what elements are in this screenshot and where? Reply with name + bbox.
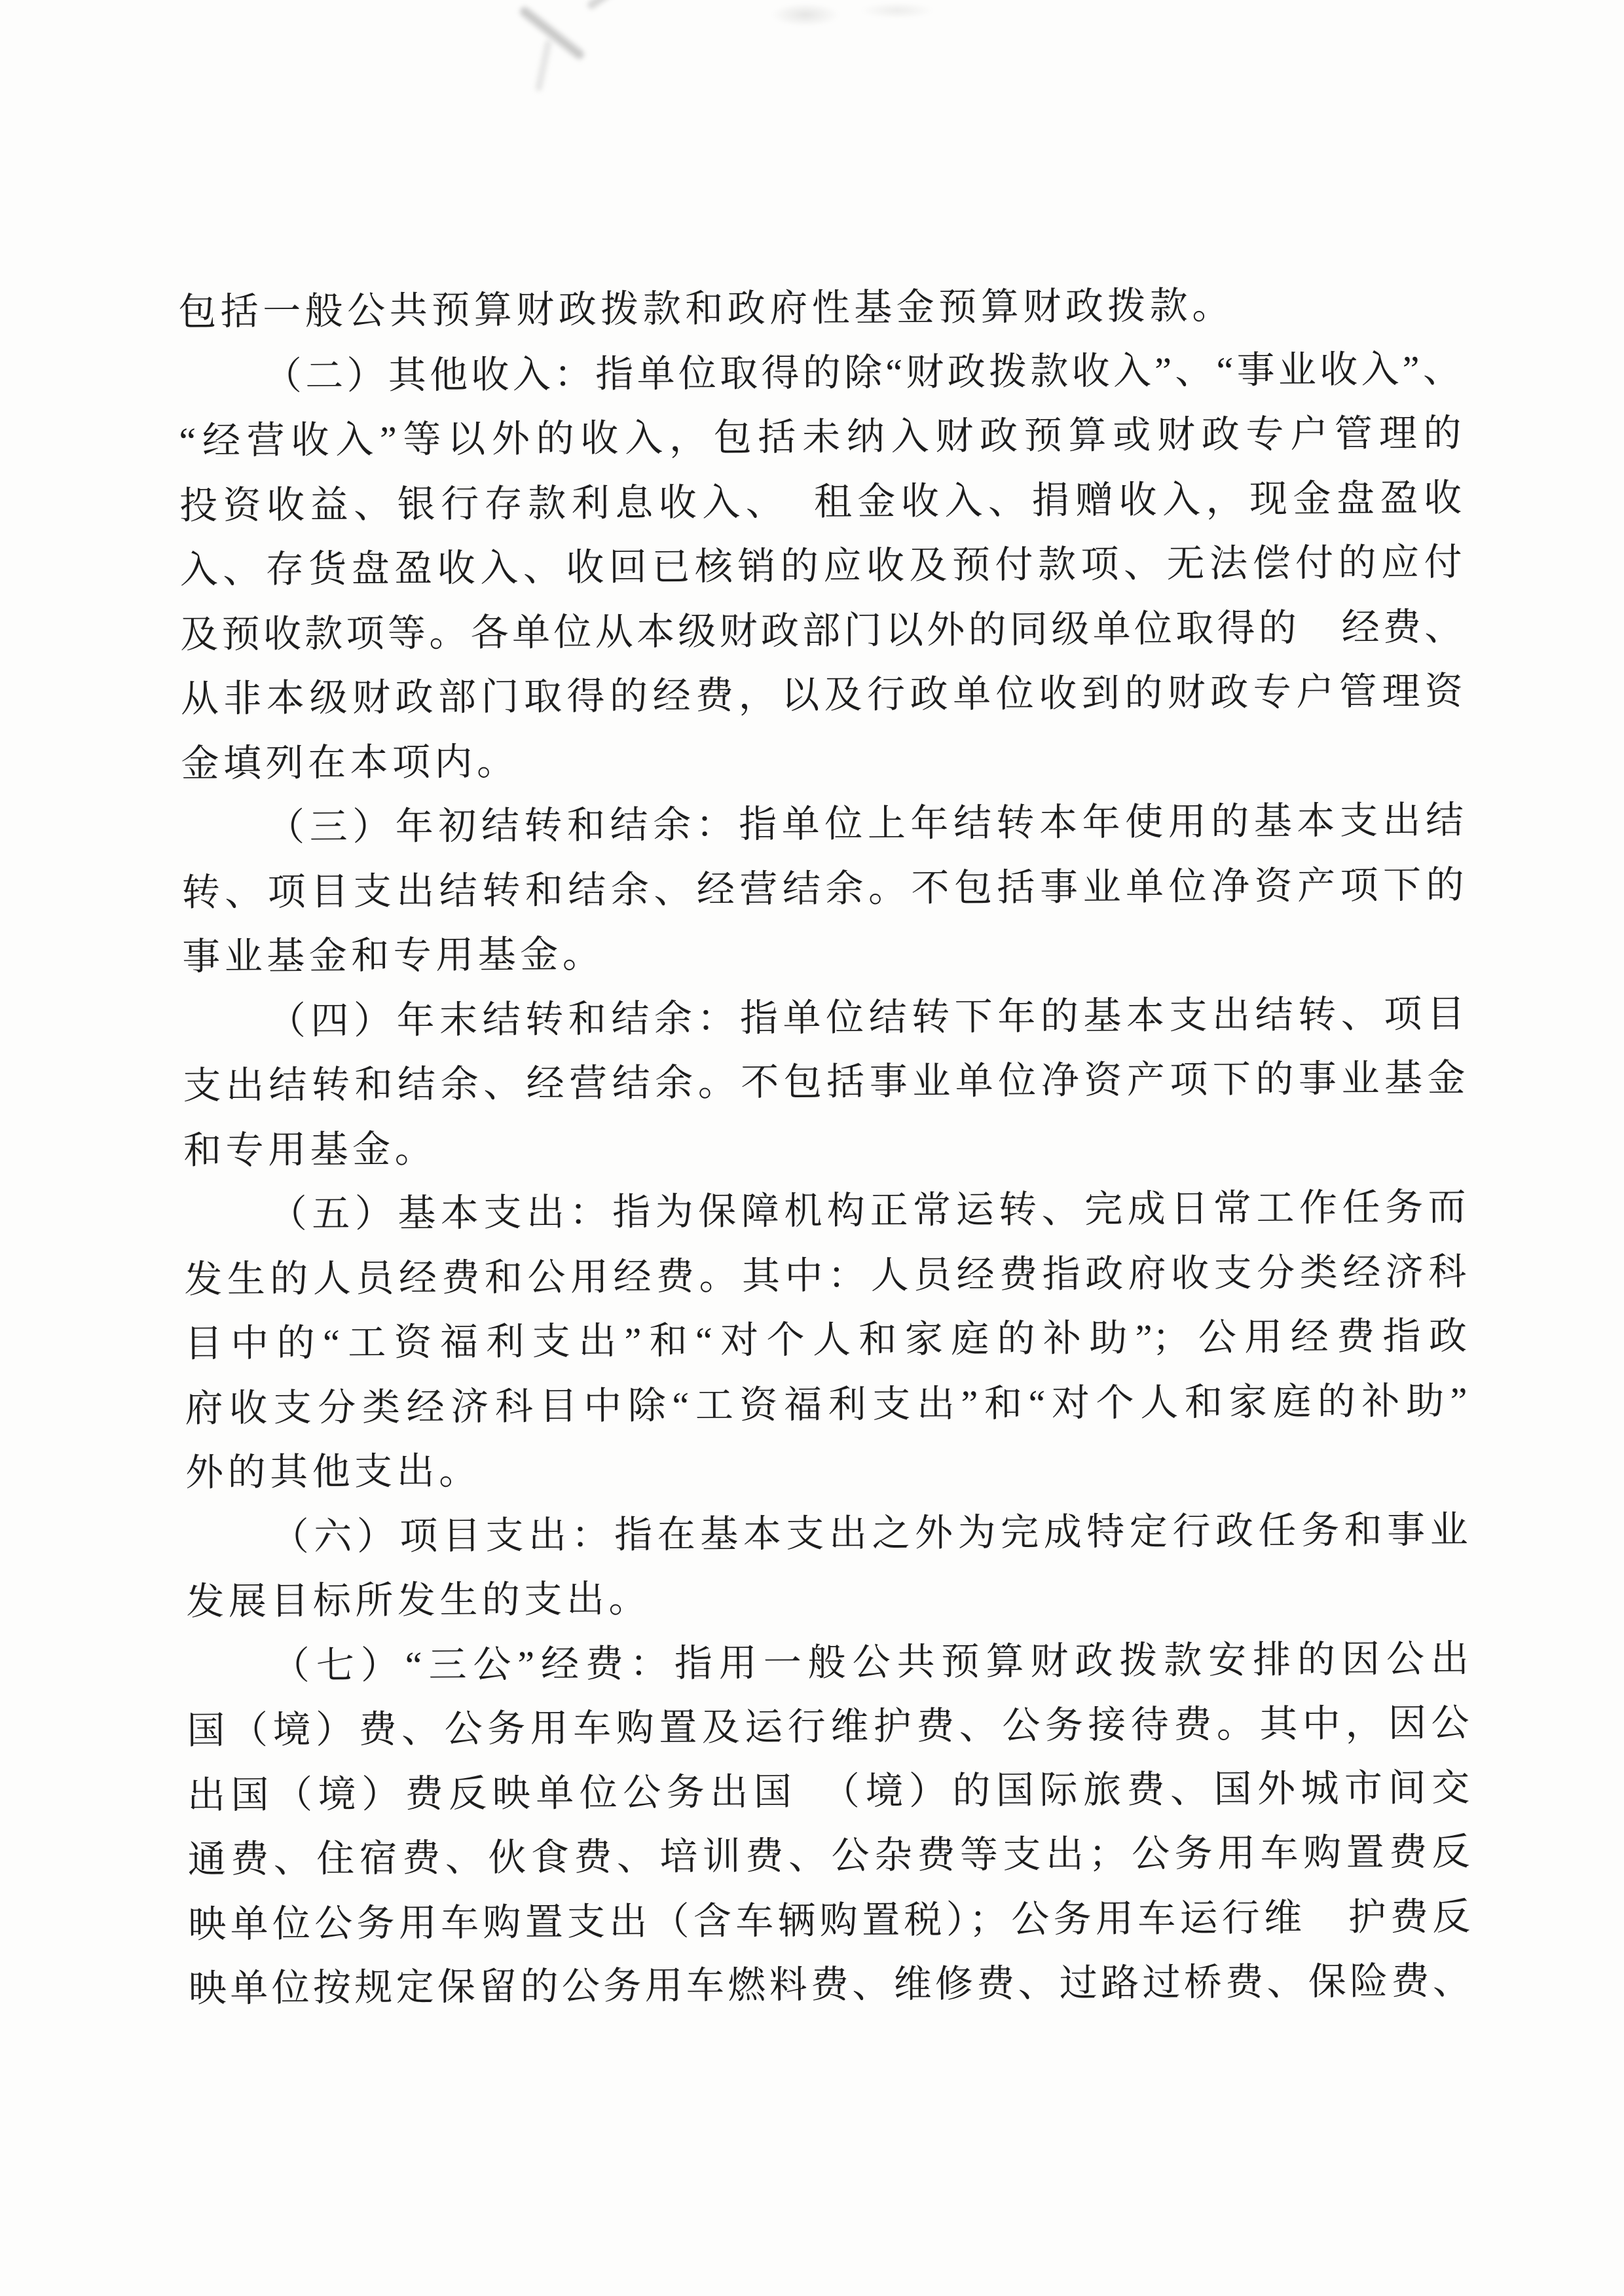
- text-line: 国（境）费、公务用车购置及运行维护费、公务接待费。其中，因公: [187, 1691, 1469, 1763]
- text-line: 和专用基金。: [183, 1111, 1466, 1183]
- text-line: “经营收入”等以外的收入，包括未纳入财政预算或财政专户管理的: [179, 401, 1462, 473]
- scan-smudge: [851, 0, 943, 21]
- text-line: 出国（境）费反映单位公务出国 （境）的国际旅费、国外城市间交: [187, 1755, 1470, 1827]
- text-line: 目中的“工资福利支出”和“对个人和家庭的补助”；公用经费指政: [185, 1304, 1467, 1376]
- text-line: （七）“三公”经费：指用一般公共预算财政拨款安排的因公出: [187, 1627, 1469, 1699]
- scan-smudge: [763, 0, 848, 29]
- text-line: 发生的人员经费和公用经费。其中：人员经费指政府收支分类经济科: [184, 1240, 1467, 1312]
- scan-smudge: [518, 5, 585, 61]
- text-line: 发展目标所发生的支出。: [186, 1562, 1469, 1634]
- text-line: 从非本级财政部门取得的经费，以及行政单位收到的财政专户管理资: [181, 659, 1464, 731]
- scan-smudge: [535, 39, 552, 92]
- text-block: 包括一般公共预算财政拨款和政府性基金预算财政拨款。 （二）其他收入：指单位取得的…: [178, 272, 1471, 2021]
- text-line: 府收支分类经济科目中除“工资福利支出”和“对个人和家庭的补助”: [185, 1369, 1467, 1441]
- text-line: 通费、住宿费、伙食费、培训费、公杂费等支出；公务用车购置费反: [187, 1820, 1470, 1892]
- text-line: （四）年末结转和结余：指单位结转下年的基本支出结转、项目: [183, 982, 1466, 1054]
- text-line: 入、存货盘盈收入、收回已核销的应收及预付款项、无法偿付的应付: [179, 530, 1462, 602]
- text-line: 包括一般公共预算财政拨款和政府性基金预算财政拨款。: [178, 272, 1461, 344]
- document-page: 包括一般公共预算财政拨款和政府性基金预算财政拨款。 （二）其他收入：指单位取得的…: [0, 0, 1624, 2296]
- text-line: （三）年初结转和结余：指单位上年结转本年使用的基本支出结: [181, 788, 1464, 860]
- text-line: 支出结转和结余、经营结余。不包括事业单位净资产项下的事业基金: [183, 1046, 1466, 1118]
- text-line: 投资收益、银行存款利息收入、 租金收入、捐赠收入，现金盘盈收: [179, 466, 1462, 538]
- text-line: （二）其他收入：指单位取得的除“财政拨款收入”、“事业收入”、: [179, 337, 1462, 409]
- scan-smudge: [586, 0, 642, 10]
- text-line: （六）项目支出：指在基本支出之外为完成特定行政任务和事业: [185, 1498, 1468, 1570]
- text-line: 映单位公务用车购置支出（含车辆购置税）；公务用车运行维 护费反: [188, 1884, 1471, 1956]
- text-line: 外的其他支出。: [185, 1433, 1468, 1505]
- text-line: 转、项目支出结转和结余、经营结余。不包括事业单位净资产项下的: [181, 853, 1464, 925]
- text-line: 及预收款项等。各单位从本级财政部门以外的同级单位取得的 经费、: [180, 595, 1463, 667]
- text-line: 映单位按规定保留的公务用车燃料费、维修费、过路过桥费、保险费、: [189, 1949, 1471, 2021]
- text-line: 事业基金和专用基金。: [182, 917, 1465, 989]
- text-line: 金填列在本项内。: [181, 724, 1464, 796]
- text-line: （五）基本支出：指为保障机构正常运转、完成日常工作任务而: [183, 1175, 1466, 1247]
